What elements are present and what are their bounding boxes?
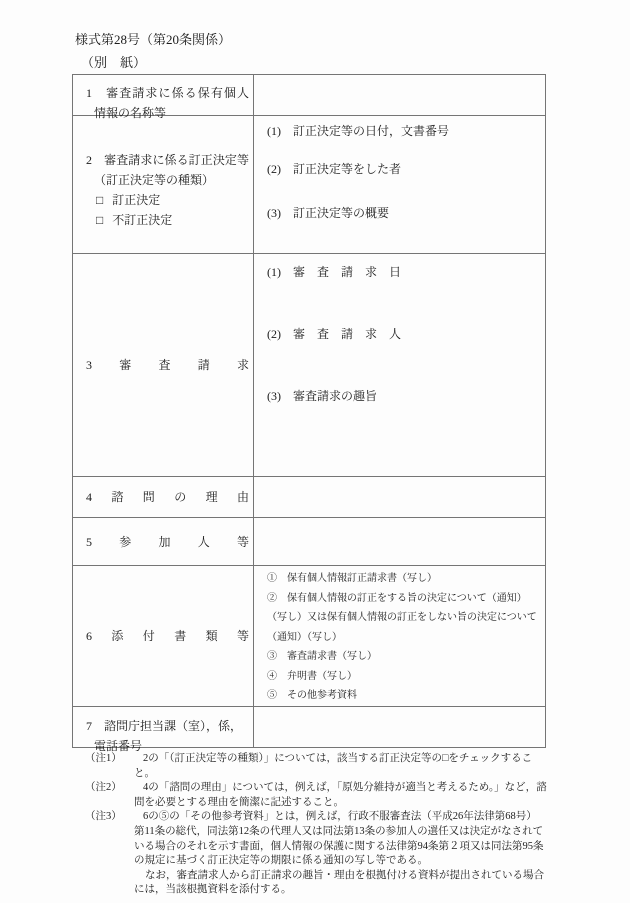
attachment-item-2: ② 保有個人情報の訂正をする旨の決定について（通知）（写し）又は保有個人情報の訂… [267, 589, 537, 648]
row4-heading: 4 諮 問 の 理 由 [86, 487, 249, 507]
main-form-table: 1 審査請求に係る保有個人 情報の名称等 2 審査請求に係る訂正決定等 （訂正決… [72, 74, 546, 748]
row6-left-cell: 6 添 付 書 類 等 [73, 566, 254, 706]
row7-heading-line1: 7 諮問庁担当課（室），係， [86, 716, 249, 736]
table-row-5: 5 参 加 人 等 [73, 518, 545, 566]
row1-entry-cell [254, 75, 545, 115]
row2-item-decider: (2) 訂正決定等をした者 [267, 160, 537, 178]
table-row-1: 1 審査請求に係る保有個人 情報の名称等 [73, 75, 545, 116]
row2-entry-cell: (1) 訂正決定等の日付，文書番号 (2) 訂正決定等をした者 (3) 訂正決定… [254, 116, 545, 253]
footnote-2-text: 4の「諮問の理由」については，例えば，「原処分維持が適当と考えるため。」など，諮… [134, 781, 547, 810]
row4-left-cell: 4 諮 問 の 理 由 [73, 477, 254, 517]
row5-entry-cell [254, 518, 545, 565]
correction-decision-label: 訂正決定 [112, 193, 160, 207]
non-correction-decision-checkbox[interactable]: □ [96, 210, 103, 230]
row3-heading: 3 審 査 請 求 [86, 355, 249, 375]
attachment-item-4: ④ 弁明書（写し） [267, 667, 537, 687]
row6-heading: 6 添 付 書 類 等 [86, 626, 249, 646]
footnote-3-label: （注3） [85, 810, 134, 898]
footnote-3-text: 6の⑤の「その他参考資料」とは，例えば，行政不服審査法（平成26年法律第68号）… [134, 810, 547, 868]
attachment-item-1: ① 保有個人情報訂正請求書（写し） [267, 569, 537, 589]
table-row-2: 2 審査請求に係る訂正決定等 （訂正決定等の種類） □訂正決定 □不訂正決定 (… [73, 116, 545, 254]
row3-item-requester: (2) 審 査 請 求 人 [267, 325, 537, 343]
row3-item-purport: (3) 審査請求の趣旨 [267, 387, 537, 405]
correction-decision-option: □訂正決定 [86, 190, 249, 210]
row2-item-date-docnumber: (1) 訂正決定等の日付，文書番号 [267, 122, 537, 140]
row4-entry-cell [254, 477, 545, 517]
footnote-1-label: （注1） [85, 752, 134, 781]
footnotes: （注1） 2の「（訂正決定等の種類）」については，該当する訂正決定等の□をチェッ… [85, 752, 547, 898]
table-row-6: 6 添 付 書 類 等 ① 保有個人情報訂正請求書（写し） ② 保有個人情報の訂… [73, 566, 545, 707]
correction-decision-checkbox[interactable]: □ [96, 190, 103, 210]
non-correction-decision-label: 不訂正決定 [112, 213, 172, 227]
form-page: 様式第28号（第20条関係） （別 紙） 1 審査請求に係る保有個人 情報の名称… [0, 0, 630, 903]
row3-item-request-date: (1) 審 査 請 求 日 [267, 263, 537, 281]
row7-left-cell: 7 諮問庁担当課（室），係， 電話番号 [73, 707, 254, 747]
non-correction-decision-option: □不訂正決定 [86, 210, 249, 230]
row5-left-cell: 5 参 加 人 等 [73, 518, 254, 565]
row2-left-cell: 2 審査請求に係る訂正決定等 （訂正決定等の種類） □訂正決定 □不訂正決定 [73, 116, 254, 253]
footnote-3-supplement: なお，審査請求人から訂正請求の趣旨・理由を根拠付ける資料が提出されている場合には… [134, 869, 547, 898]
row1-heading-line1: 1 審査請求に係る保有個人 [86, 83, 249, 103]
table-row-7: 7 諮問庁担当課（室），係， 電話番号 [73, 707, 545, 747]
row5-heading: 5 参 加 人 等 [86, 532, 249, 552]
attachment-item-3: ③ 審査請求書（写し） [267, 647, 537, 667]
row2-heading-line2: （訂正決定等の種類） [86, 170, 249, 190]
row1-left-cell: 1 審査請求に係る保有個人 情報の名称等 [73, 75, 254, 115]
table-row-4: 4 諮 問 の 理 由 [73, 477, 545, 518]
footnote-2-label: （注2） [85, 781, 134, 810]
footnote-1: （注1） 2の「（訂正決定等の種類）」については，該当する訂正決定等の□をチェッ… [85, 752, 547, 781]
table-row-3: 3 審 査 請 求 (1) 審 査 請 求 日 (2) 審 査 請 求 人 (3… [73, 254, 545, 477]
attachment-item-5: ⑤ その他参考資料 [267, 686, 537, 706]
row2-heading-line1: 2 審査請求に係る訂正決定等 [86, 150, 249, 170]
form-number: 様式第28号（第20条関係） [75, 29, 231, 48]
footnote-1-text: 2の「（訂正決定等の種類）」については，該当する訂正決定等の□をチェックすること… [134, 752, 547, 781]
row3-left-cell: 3 審 査 請 求 [73, 254, 254, 476]
row2-item-summary: (3) 訂正決定等の概要 [267, 204, 537, 222]
row7-entry-cell [254, 707, 545, 747]
footnote-2: （注2） 4の「諮問の理由」については，例えば，「原処分維持が適当と考えるため。… [85, 781, 547, 810]
footnote-3: （注3） 6の⑤の「その他参考資料」とは，例えば，行政不服審査法（平成26年法律… [85, 810, 547, 898]
row3-entry-cell: (1) 審 査 請 求 日 (2) 審 査 請 求 人 (3) 審査請求の趣旨 [254, 254, 545, 476]
attachment-label: （別 紙） [81, 52, 146, 71]
row6-entry-cell: ① 保有個人情報訂正請求書（写し） ② 保有個人情報の訂正をする旨の決定について… [254, 566, 545, 706]
